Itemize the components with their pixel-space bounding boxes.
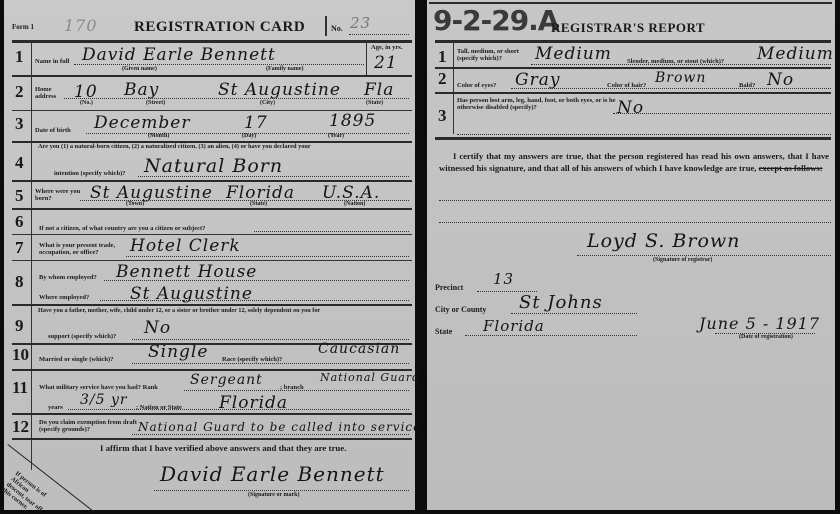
registrar-caption: (Signature of registrar) xyxy=(653,257,712,263)
affirmation-text: I affirm that I have verified above answ… xyxy=(100,442,346,454)
no-label: No. xyxy=(331,25,343,32)
row-number: 7 xyxy=(15,238,24,258)
form-label: Form 1 xyxy=(12,24,34,31)
citizenship-value: Natural Born xyxy=(144,155,283,177)
signature-caption: (Signature or mark) xyxy=(248,492,299,498)
card-title: REGISTRATION CARD xyxy=(134,19,305,36)
row-number: 12 xyxy=(12,417,29,437)
registration-card: Form 1 170 REGISTRATION CARD No. 23 1 Na… xyxy=(4,0,415,510)
registration-date-caption: (Date of registration) xyxy=(739,334,793,340)
precinct-label: Precinct xyxy=(435,284,463,291)
height-value: Medium xyxy=(535,44,612,64)
file-stamp: 9-2-29.A xyxy=(433,4,558,37)
row-number: 6 xyxy=(15,212,24,232)
caption: (State) xyxy=(366,100,383,106)
marital-status-value: Single xyxy=(148,342,208,362)
military-years-value: 3/5 yr xyxy=(80,392,128,408)
caption: (No.) xyxy=(80,100,93,106)
caption: (Given name) xyxy=(122,66,157,72)
age-label: Age, in yrs. xyxy=(371,44,402,51)
row-number: 10 xyxy=(12,345,29,365)
serial-number: 170 xyxy=(64,16,98,35)
city-value: St Johns xyxy=(519,292,603,313)
caption: (Family name) xyxy=(266,66,304,72)
row-number: 2 xyxy=(438,69,447,89)
state-value: Florida xyxy=(483,317,545,335)
name-value: David Earle Bennett xyxy=(82,45,276,65)
caption: (Town) xyxy=(126,201,144,207)
field-label: years xyxy=(48,404,63,411)
row-number: 4 xyxy=(15,153,24,173)
occupation-value: Hotel Clerk xyxy=(130,236,241,256)
employment-place-value: St Augustine xyxy=(130,284,253,304)
field-label: If not a citizen, of what country are yo… xyxy=(39,225,205,232)
birth-year: 1895 xyxy=(329,111,376,131)
row-number: 5 xyxy=(15,186,24,206)
row-number: 3 xyxy=(15,114,24,134)
field-label: Home address xyxy=(35,86,61,100)
age-value: 21 xyxy=(374,53,398,73)
disability-value: No xyxy=(617,98,644,118)
military-nation-value: Florida xyxy=(219,393,288,413)
certification-text: I certify that my answers are true, that… xyxy=(439,150,829,174)
row-number: 11 xyxy=(12,378,28,398)
military-branch-value: National Guard xyxy=(320,371,420,384)
field-label: Where were you born? xyxy=(35,188,83,202)
row-number: 2 xyxy=(15,82,24,102)
field-label: support (specify which)? xyxy=(48,333,116,340)
field-label: Are you (1) a natural-born citizen, (2) … xyxy=(38,143,311,150)
caption: (Day) xyxy=(242,133,256,139)
row-number: 3 xyxy=(438,106,447,126)
caption: (Nation) xyxy=(344,201,365,207)
address-state: Fla xyxy=(364,80,394,100)
field-label: Name in full xyxy=(35,58,69,65)
certification-struck: except as follows: xyxy=(759,163,823,173)
address-number: 10 xyxy=(74,82,98,102)
state-label: State xyxy=(435,328,452,335)
caption: (State) xyxy=(250,201,267,207)
registrar-signature: Loyd S. Brown xyxy=(587,230,740,252)
card-number: 23 xyxy=(350,14,371,32)
city-label: City or County xyxy=(435,306,486,313)
corner-note: If person is of African descent, tear of… xyxy=(1,470,53,514)
exemption-value: National Guard to be called into service xyxy=(138,420,421,434)
military-rank-value: Sergeant xyxy=(190,372,263,388)
field-label: Race (specify which)? xyxy=(222,356,282,363)
address-city: St Augustine xyxy=(218,80,341,100)
row-number: 1 xyxy=(438,47,447,67)
row-number: 8 xyxy=(15,272,24,292)
birth-month: December xyxy=(94,113,190,133)
caption: (Year) xyxy=(328,133,344,139)
field-label: By whom employed? xyxy=(39,274,97,281)
employer-value: Bennett House xyxy=(116,262,257,282)
field-label: Color of eyes? xyxy=(457,82,496,89)
caption: (City) xyxy=(260,100,275,106)
race-value: Caucasian xyxy=(318,341,400,357)
registration-date-value: June 5 - 1917 xyxy=(699,314,820,333)
precinct-value: 13 xyxy=(493,270,514,288)
eye-color-value: Gray xyxy=(515,70,560,90)
hair-color-value: Brown xyxy=(655,70,706,86)
row-number: 1 xyxy=(15,47,24,67)
report-title: REGISTRAR'S REPORT xyxy=(551,20,705,36)
field-label: Where employed? xyxy=(39,294,89,301)
field-label: Has person lost arm, leg, hand, foot, or… xyxy=(457,97,617,111)
field-label: Do you claim exemption from draft (speci… xyxy=(39,419,137,433)
bald-value: No xyxy=(767,70,794,90)
field-label: intention (specify which)? xyxy=(54,170,126,177)
dependents-value: No xyxy=(144,318,171,338)
birth-day: 17 xyxy=(244,113,268,133)
registrant-signature: David Earle Bennett xyxy=(160,462,385,486)
build-value: Medium xyxy=(757,44,834,64)
row-number: 9 xyxy=(15,316,24,336)
field-label: Date of birth xyxy=(35,127,71,134)
field-label: Married or single (which)? xyxy=(39,356,113,363)
caption: (Street) xyxy=(146,100,165,106)
field-label: What is your present trade, occupation, … xyxy=(39,242,129,256)
caption: (Month) xyxy=(148,133,169,139)
field-label: Have you a father, mother, wife, child u… xyxy=(38,307,320,314)
address-street: Bay xyxy=(124,80,159,100)
field-label: Tall, medium, or short (specify which)? xyxy=(457,48,537,62)
field-label: What military service have you had? Rank xyxy=(39,384,158,391)
registrars-report-card: 9-2-29.A REGISTRAR'S REPORT 1 Tall, medi… xyxy=(427,0,835,510)
